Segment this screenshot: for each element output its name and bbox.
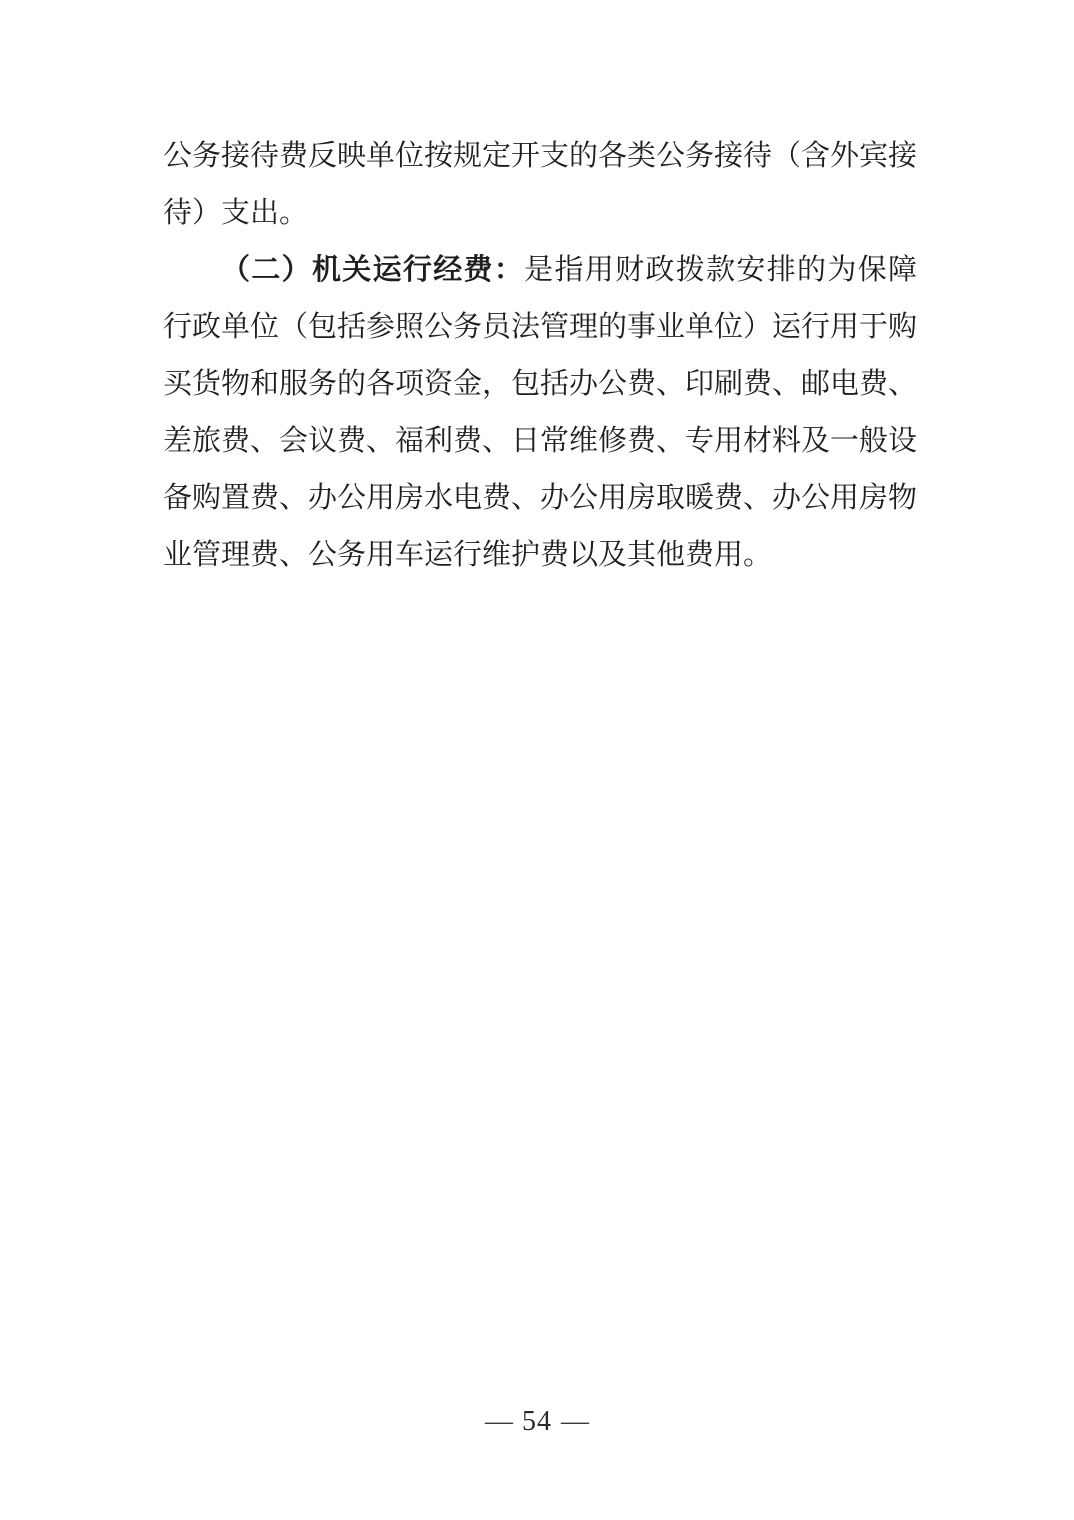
page-footer: —54— — [0, 1404, 1074, 1440]
paragraph-heading-bold: （二）机关运行经费： — [221, 254, 524, 286]
body-text: 公务接待费反映单位按规定开支的各类公务接待（含外宾接待）支出。 （二）机关运行经… — [163, 128, 917, 584]
paragraph-text: 是指用财政拨款安排的为保障行政单位（包括参照公务员法管理的事业单位）运行用于购买… — [163, 254, 917, 571]
paragraph-reception-expense: 公务接待费反映单位按规定开支的各类公务接待（含外宾接待）支出。 — [163, 128, 917, 242]
page-number: 54 — [522, 1404, 552, 1440]
footer-dash-left: — — [485, 1404, 513, 1440]
document-page: 公务接待费反映单位按规定开支的各类公务接待（含外宾接待）支出。 （二）机关运行经… — [0, 0, 1074, 1520]
footer-dash-right: — — [561, 1404, 589, 1440]
paragraph-operating-expense: （二）机关运行经费：是指用财政拨款安排的为保障行政单位（包括参照公务员法管理的事… — [163, 242, 917, 584]
paragraph-text: 公务接待费反映单位按规定开支的各类公务接待（含外宾接待）支出。 — [163, 140, 917, 229]
